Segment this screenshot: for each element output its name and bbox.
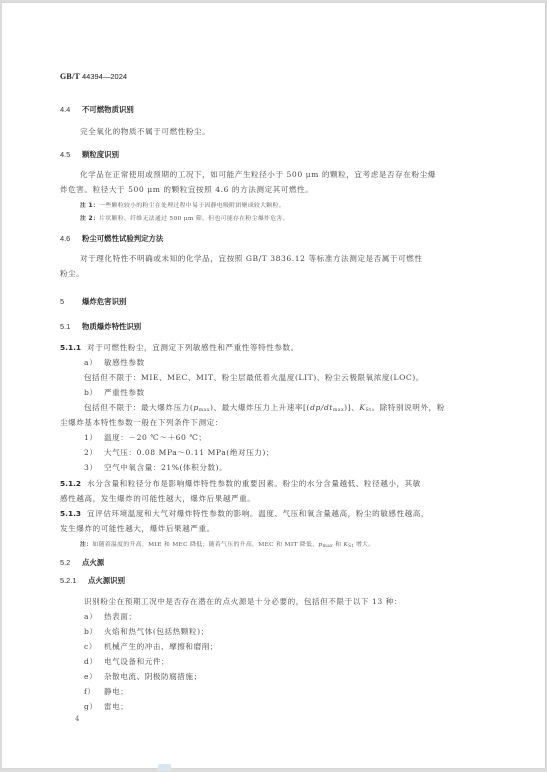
heading-4-5: 4.5颗粒度识别 — [60, 149, 119, 160]
clause-5-1-2: 5.1.2水分含量和粒径分布是影响爆炸特性参数的重要因素。粉尘的水分含量越低、粒… — [60, 478, 421, 489]
ignition-item-f: f）静电； — [84, 686, 128, 697]
note-label: 注 2： — [80, 216, 99, 222]
heading-number: 5 — [60, 297, 82, 306]
clause-text: 对于可燃性粉尘，宜测定下列敏感性和严重性等特性参数。 — [87, 343, 299, 352]
list-marker: e） — [84, 671, 104, 682]
paragraph-4-5-line2: 炸危害。粒径大于 500 μm 的颗粒宜按照 4.6 的方法测定其可燃性。 — [60, 184, 313, 195]
watermark-logo-icon — [158, 764, 171, 771]
paragraph-4-6-line2: 粉尘。 — [60, 268, 84, 279]
heading-number: 5.2 — [60, 558, 82, 567]
item-text: 雷电； — [104, 702, 128, 711]
symbol-sub: max — [199, 408, 210, 413]
note-text: 一些颗粒较小的粉尘在处理过程中易于因静电吸附团聚成较大颗粒。 — [99, 203, 285, 209]
symbol-dpdt: dp/dt — [310, 403, 333, 412]
note-label: 注 1： — [80, 203, 99, 209]
clause-text: 宜评估环境温度和大气对爆炸特性参数的影响。温度、气压和氧含量越高，粉尘的敏感性越… — [87, 509, 429, 518]
list-marker: b） — [84, 387, 104, 398]
list-label: 严重性参数 — [104, 388, 145, 397]
text-run: )]、 — [344, 403, 359, 412]
list-marker: g） — [84, 701, 104, 712]
heading-title: 不可燃物质识别 — [82, 105, 134, 114]
paragraph-4-5-line1: 化学品在正常使用或预期的工况下，如可能产生粒径小于 500 μm 的颗粒，宜考虑… — [80, 169, 436, 180]
clause-5-1-1: 5.1.1对于可燃性粉尘，宜测定下列敏感性和严重性等特性参数。 — [60, 342, 299, 353]
clause-number: 5.1.3 — [60, 509, 81, 518]
item-text: 电气设备和元件； — [104, 657, 169, 666]
list-marker: 1） — [84, 432, 104, 443]
note-1: 注 1：一些颗粒较小的粉尘在处理过程中易于因静电吸附团聚成较大颗粒。 — [80, 200, 285, 209]
ignition-item-d: d）电气设备和元件； — [84, 656, 169, 667]
ignition-item-a: a）热表面； — [84, 611, 137, 622]
heading-4-4: 4.4不可燃物质识别 — [60, 104, 134, 115]
standard-header: GB/T 44394—2024 — [60, 72, 127, 81]
standard-number: 44394—2024 — [82, 72, 127, 81]
list-marker: d） — [84, 656, 104, 667]
text-run: 。除特别说明外，粉 — [372, 403, 445, 412]
list-marker: 3） — [84, 462, 104, 473]
heading-5: 5爆炸危害识别 — [60, 296, 126, 307]
list-marker: b） — [84, 626, 104, 637]
condition-1: 1）温度：－20 ℃～＋60 ℃； — [84, 432, 207, 443]
text-run: )、最大爆炸压力上升速率[( — [210, 403, 310, 412]
item-text: 杂散电流、阴极防腐措施； — [104, 672, 202, 681]
ignition-item-e: e）杂散电流、阴极防腐措施； — [84, 671, 202, 682]
heading-title: 爆炸危害识别 — [82, 297, 126, 306]
text-run: 和 — [333, 542, 344, 548]
clause-text: 水分含量和粒径分布是影响爆炸特性参数的重要因素。粉尘的水分含量越低、粒径越小，其… — [87, 479, 421, 488]
item-text: 机械产生的冲击、摩擦和磨削； — [104, 642, 218, 651]
heading-5-2: 5.2点火源 — [60, 557, 104, 568]
text-run: 增大。 — [354, 542, 375, 548]
heading-number: 4.4 — [60, 105, 82, 114]
heading-title: 粉尘可燃性试验判定方法 — [82, 234, 163, 243]
list-item-a-text: 包括但不限于：MIE、MEC、MIT、粉尘层最低着火温度(LIT)、粉尘云极限氧… — [84, 372, 424, 383]
document-page: GB/T 44394—2024 4.4不可燃物质识别 完全氧化的物质不属于可燃性… — [2, 2, 546, 769]
paragraph-4-4: 完全氧化的物质不属于可燃性粉尘。 — [80, 126, 210, 137]
heading-title: 点火源识别 — [88, 576, 125, 585]
item-text: 静电； — [104, 687, 128, 696]
list-label: 敏感性参数 — [104, 358, 145, 367]
list-marker: 2） — [84, 447, 104, 458]
text-run: 包括但不限于：最大爆炸压力( — [84, 403, 193, 412]
list-marker: f） — [84, 686, 104, 697]
clause-5-1-3: 5.1.3宜评估环境温度和大气对爆炸特性参数的影响。温度、气压和氧含量越高，粉尘… — [60, 508, 429, 519]
ignition-item-c: c）机械产生的冲击、摩擦和磨削； — [84, 641, 218, 652]
note-label: 注： — [80, 542, 92, 548]
heading-5-1: 5.1物质爆炸特性识别 — [60, 321, 141, 332]
heading-title: 物质爆炸特性识别 — [82, 322, 141, 331]
heading-title: 颗粒度识别 — [82, 150, 119, 159]
note-2: 注 2：片状颗粒、纤维无法通过 500 μm 筛，但也可能存在粉尘爆炸危害。 — [80, 213, 289, 222]
note-text: 片状颗粒、纤维无法通过 500 μm 筛，但也可能存在粉尘爆炸危害。 — [99, 216, 289, 222]
note-text: 如随着温度的升高，MIE 和 MEC 降低；随着气压的升高，MEC 和 MIT … — [92, 542, 318, 548]
heading-4-6: 4.6粉尘可燃性试验判定方法 — [60, 233, 163, 244]
list-marker: a） — [84, 611, 104, 622]
clause-number: 5.1.1 — [60, 343, 81, 352]
ignition-item-g: g）雷电； — [84, 701, 128, 712]
list-item-b-line2: 尘爆炸基本特性参数一般在下列条件下测定： — [60, 417, 223, 428]
paragraph-5-2-1-intro: 识别粉尘在预期工况中是否存在潜在的点火源是十分必要的，包括但不限于以下 13 种… — [84, 596, 402, 607]
heading-number: 4.5 — [60, 150, 82, 159]
item-text: 热表面； — [104, 612, 137, 621]
condition-2: 2）大气压：0.08 MPa～0.11 MPa(绝对压力)； — [84, 447, 274, 458]
clause-number: 5.1.2 — [60, 479, 81, 488]
standard-prefix: GB/T — [60, 72, 80, 81]
heading-title: 点火源 — [82, 558, 104, 567]
heading-number: 4.6 — [60, 234, 82, 243]
heading-number: 5.1 — [60, 322, 82, 331]
symbol-sub: max — [323, 544, 333, 549]
condition-3: 3）空气中氧含量：21%(体积分数)。 — [84, 462, 227, 473]
list-item-b: b）严重性参数 — [84, 387, 145, 398]
condition-text: 温度：－20 ℃～＋60 ℃； — [104, 433, 207, 442]
ignition-item-b: b）火焰和热气体(包括热颗粒)； — [84, 626, 209, 637]
list-marker: c） — [84, 641, 104, 652]
page-number: 4 — [75, 715, 79, 723]
paragraph-4-6-line1: 对于理化特性不明确或未知的化学品，宜按照 GB/T 3836.12 等标准方法测… — [80, 253, 423, 264]
list-marker: a） — [84, 357, 104, 368]
note-5-1-3: 注：如随着温度的升高，MIE 和 MEC 降低；随着气压的升高，MEC 和 MI… — [80, 539, 374, 549]
condition-text: 大气压：0.08 MPa～0.11 MPa(绝对压力)； — [104, 448, 274, 457]
heading-5-2-1: 5.2.1点火源识别 — [60, 575, 125, 586]
clause-5-1-3-line2: 发生爆炸的可能性越大，爆炸后果越严重。 — [60, 523, 215, 534]
item-text: 火焰和热气体(包括热颗粒)； — [104, 627, 209, 636]
symbol-sub: max — [333, 408, 344, 413]
clause-5-1-2-line2: 感性越高，发生爆炸的可能性越大，爆炸后果越严重。 — [60, 493, 255, 504]
list-item-a: a）敏感性参数 — [84, 357, 145, 368]
heading-number: 5.2.1 — [60, 576, 88, 585]
condition-text: 空气中氧含量：21%(体积分数)。 — [104, 463, 227, 472]
list-item-b-text: 包括但不限于：最大爆炸压力(pmax)、最大爆炸压力上升速率[(dp/dtmax… — [84, 402, 445, 413]
